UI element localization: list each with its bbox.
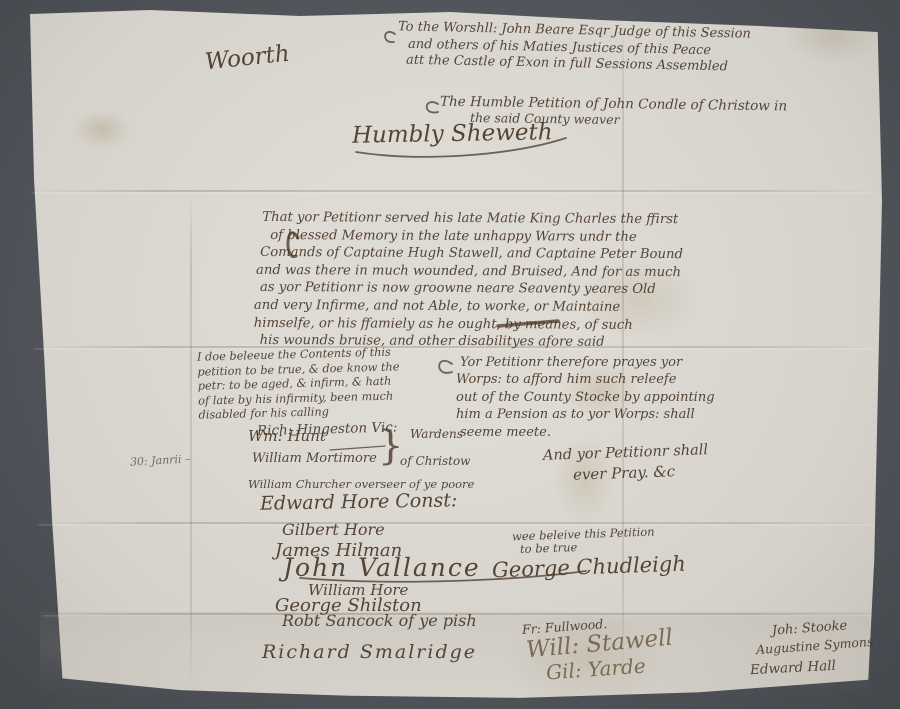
parishioner-signature: John Vallance — [283, 554, 481, 582]
warden-signature: Wm: Hunt — [248, 428, 326, 445]
prayer-line: Worps: to afford him such releefe — [456, 371, 715, 388]
right-attestation-line: to be true — [520, 541, 578, 556]
closing-line: ever Pray. &c — [573, 463, 676, 483]
body-line: and very Infirme, and not Able, to worke… — [254, 297, 683, 317]
body-line: as yor Petitionr is now groowne neare Se… — [254, 279, 683, 299]
warden-role-label: of Christow — [400, 455, 470, 468]
parishioner-signature: Gilbert Hore — [282, 521, 385, 539]
prayer-line: seeme meete. — [456, 424, 715, 441]
vicar-attestation: I doe beleeue the Contents of this petit… — [197, 345, 401, 440]
petition-body: That yor Petitionr served his late Matie… — [254, 209, 684, 352]
body-line: Comands of Captaine Hugh Stawell, and Ca… — [254, 244, 683, 264]
warden-role-label: Wardens — [410, 428, 463, 441]
prayer-line: out of the County Stocke by appointing — [456, 389, 715, 406]
manuscript-photo: Woorth To the Worshll: John Beare Esqr J… — [0, 0, 900, 709]
constable-signature: Edward Hore Const: — [260, 490, 458, 514]
body-line: of blessed Memory in the late unhappy Wa… — [254, 226, 683, 246]
warden-signature: William Mortimore — [252, 452, 377, 466]
body-line: and was there in much wounded, and Bruis… — [254, 262, 683, 282]
body-line: himselfe, or his ffamiely as he ought, b… — [254, 314, 683, 334]
prayer-line: Yor Petitionr therefore prayes yor — [456, 354, 715, 371]
prayer-line: him a Pension as to yor Worps: shall — [456, 406, 715, 423]
body-line: That yor Petitionr served his late Matie… — [254, 209, 683, 229]
salutation: Humbly Sheweth — [352, 120, 553, 149]
parishioner-signature: Robt Sancock of ye pish — [282, 612, 477, 630]
prayer-clause: Yor Petitionr therefore prayes yor Worps… — [456, 354, 715, 441]
parishioner-signature: Richard Smalridge — [262, 642, 477, 663]
